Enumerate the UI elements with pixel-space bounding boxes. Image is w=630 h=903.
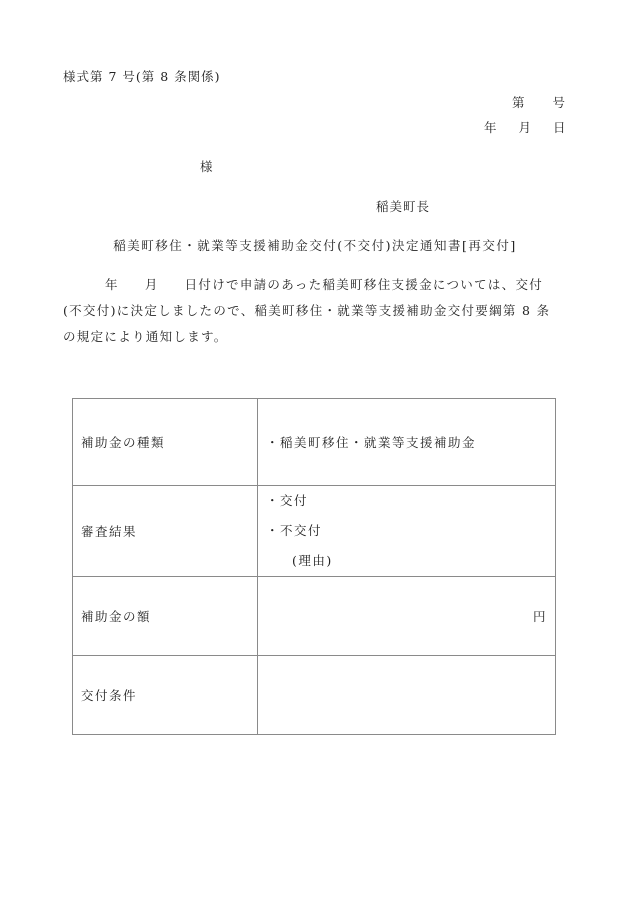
label-review-result: 審査結果 <box>73 486 258 577</box>
document-number: 第号 <box>512 93 565 111</box>
reason-label: (理由) <box>266 546 547 576</box>
issuer: 稲美町長 <box>376 197 430 215</box>
label-grant-conditions: 交付条件 <box>73 656 258 735</box>
option-grant: ・交付 <box>266 486 547 516</box>
value-grant-conditions <box>258 656 556 735</box>
table-row: 交付条件 <box>73 656 556 735</box>
table-row: 補助金の額 円 <box>73 577 556 656</box>
label-subsidy-type: 補助金の種類 <box>73 399 258 486</box>
document-date: 年月日 <box>484 118 566 136</box>
option-no-grant: ・不交付 <box>266 516 547 546</box>
date-year: 年 <box>484 120 497 135</box>
body-year: 年 <box>105 277 119 292</box>
table-row: 審査結果 ・交付 ・不交付 (理由) <box>73 486 556 577</box>
document-title: 稲美町移住・就業等支援補助金交付(不交付)決定通知書[再交付] <box>0 236 630 254</box>
table-row: 補助金の種類 ・稲美町移住・就業等支援補助金 <box>73 399 556 486</box>
body-paragraph: 日付けで申請のあった稲美町移住支援金については、交付(不交付)に決定しましたので… <box>63 277 550 344</box>
form-number: 様式第 7 号(第 8 条関係) <box>63 67 221 85</box>
body-month: 月 <box>145 277 159 292</box>
label-subsidy-amount: 補助金の額 <box>73 577 258 656</box>
value-review-result: ・交付 ・不交付 (理由) <box>258 486 556 577</box>
doc-number-suffix: 号 <box>553 95 566 110</box>
date-month: 月 <box>519 120 532 135</box>
value-subsidy-amount: 円 <box>258 577 556 656</box>
body-text: 年月日付けで申請のあった稲美町移住支援金については、交付(不交付)に決定しました… <box>63 272 563 350</box>
subsidy-table: 補助金の種類 ・稲美町移住・就業等支援補助金 審査結果 ・交付 ・不交付 (理由… <box>72 398 556 735</box>
doc-number-prefix: 第 <box>512 95 525 110</box>
addressee: 様 <box>200 157 213 175</box>
date-day: 日 <box>553 120 566 135</box>
value-subsidy-type: ・稲美町移住・就業等支援補助金 <box>258 399 556 486</box>
